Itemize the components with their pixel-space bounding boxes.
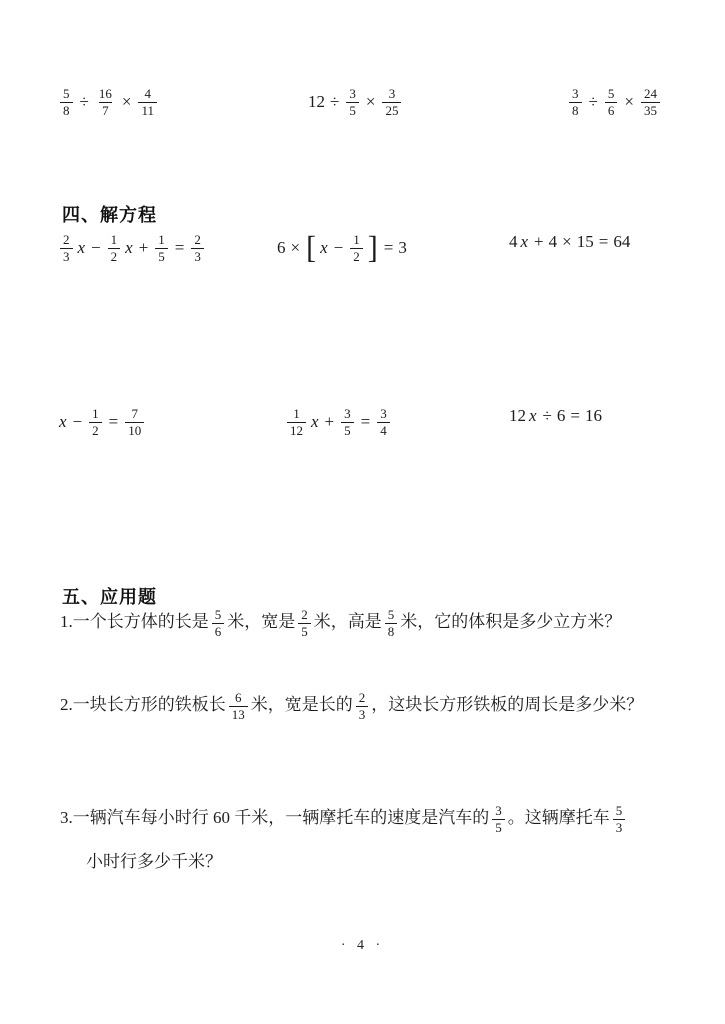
fraction-denominator: 4 <box>377 422 390 439</box>
fraction-denominator: 11 <box>138 102 157 119</box>
fraction: 56 <box>212 607 225 639</box>
fraction-denominator: 5 <box>341 422 354 439</box>
fraction: 23 <box>191 232 204 264</box>
word-problem-2: 2.一块长方形的铁板长613米，宽是长的23，这块长方形铁板的周长是多少米？ <box>60 683 716 727</box>
fraction-denominator: 2 <box>350 248 363 265</box>
operator: ÷ <box>589 92 598 112</box>
fraction: 58 <box>60 86 73 118</box>
number: 15 <box>577 232 594 252</box>
page-number: · 4 · <box>0 938 725 954</box>
number: 4 <box>549 232 558 252</box>
variable: x <box>320 238 328 258</box>
fraction-numerator: 24 <box>641 86 660 102</box>
fraction-numerator: 6 <box>232 690 245 706</box>
fraction-denominator: 3 <box>356 706 369 723</box>
fraction: 35 <box>346 86 359 118</box>
computation-expression-1: 58÷167×411 <box>57 86 160 118</box>
variable: x <box>59 412 67 432</box>
equation-1: 23x−12x+15=23 <box>57 232 207 264</box>
fraction-numerator: 3 <box>377 406 390 422</box>
operator: = <box>599 232 609 252</box>
number: 12 <box>509 406 526 426</box>
equation-3: 4x+4×15=64 <box>508 232 631 252</box>
problem-text: 1.一个长方体的长是 <box>60 612 209 631</box>
number: 6 <box>277 238 286 258</box>
number: 64 <box>613 232 630 252</box>
number: 4 <box>509 232 518 252</box>
fraction: 12 <box>350 232 363 264</box>
fraction-denominator: 2 <box>108 248 121 265</box>
operator: × <box>562 232 572 252</box>
fraction-denominator: 5 <box>492 819 505 836</box>
operator: ÷ <box>543 406 552 426</box>
number: 12 <box>308 92 325 112</box>
fraction-numerator: 5 <box>212 607 225 623</box>
fraction-numerator: 4 <box>141 86 154 102</box>
fraction-denominator: 5 <box>346 102 359 119</box>
operator: = <box>384 238 394 258</box>
problem-text: 米，宽是长的 <box>251 695 353 714</box>
fraction: 38 <box>569 86 582 118</box>
fraction-numerator: 2 <box>298 607 311 623</box>
fraction-denominator: 10 <box>125 422 144 439</box>
fraction: 15 <box>155 232 168 264</box>
operator: − <box>73 412 83 432</box>
fraction-numerator: 1 <box>108 232 121 248</box>
fraction-numerator: 7 <box>128 406 141 422</box>
operator: × <box>291 238 301 258</box>
fraction: 25 <box>298 607 311 639</box>
fraction-denominator: 12 <box>287 422 306 439</box>
fraction: 411 <box>138 86 157 118</box>
computation-expression-2: 12÷35×325 <box>307 86 404 118</box>
fraction-denominator: 2 <box>89 422 102 439</box>
fraction-numerator: 1 <box>155 232 168 248</box>
equation-5: 112x+35=34 <box>284 406 393 438</box>
fraction-denominator: 5 <box>155 248 168 265</box>
operator: = <box>109 412 119 432</box>
operator: × <box>122 92 132 112</box>
left-bracket: [ <box>306 232 316 264</box>
fraction: 325 <box>382 86 401 118</box>
fraction: 23 <box>356 690 369 722</box>
fraction-denominator: 3 <box>191 248 204 265</box>
word-problem-3: 3.一辆汽车每小时行 60 千米，一辆摩托车的速度是汽车的35。这辆摩托车53小… <box>60 796 716 884</box>
fraction-denominator: 13 <box>229 706 248 723</box>
fraction-numerator: 3 <box>346 86 359 102</box>
problem-text: 3.一辆汽车每小时行 60 千米，一辆摩托车的速度是汽车的 <box>60 808 489 827</box>
fraction-numerator: 3 <box>386 86 399 102</box>
fraction: 167 <box>96 86 115 118</box>
fraction-numerator: 5 <box>385 607 398 623</box>
fraction-numerator: 3 <box>569 86 582 102</box>
fraction: 23 <box>60 232 73 264</box>
operator: + <box>325 412 335 432</box>
fraction-numerator: 5 <box>60 86 73 102</box>
fraction: 35 <box>341 406 354 438</box>
operator: − <box>334 238 344 258</box>
fraction-numerator: 2 <box>356 690 369 706</box>
variable: x <box>311 412 319 432</box>
problem-text: 2.一块长方形的铁板长 <box>60 695 226 714</box>
fraction-denominator: 6 <box>212 623 225 640</box>
fraction-denominator: 8 <box>569 102 582 119</box>
problem-text: 米，高是 <box>314 612 382 631</box>
worksheet-page: 58÷167×411 12÷35×325 38÷56×2435 四、解方程 23… <box>0 0 725 1024</box>
operator: − <box>91 238 101 258</box>
variable: x <box>521 232 529 252</box>
fraction-numerator: 5 <box>613 803 626 819</box>
problem-text: 小时行多少千米？ <box>86 852 222 871</box>
operator: = <box>570 406 580 426</box>
fraction-denominator: 7 <box>99 102 112 119</box>
fraction: 53 <box>613 803 626 835</box>
fraction: 2435 <box>641 86 660 118</box>
fraction-denominator: 25 <box>382 102 401 119</box>
section-heading-solve-equations: 四、解方程 <box>62 201 157 227</box>
fraction: 112 <box>287 406 306 438</box>
equation-2: 6×[x−12]=3 <box>276 232 408 264</box>
number: 6 <box>557 406 566 426</box>
fraction: 12 <box>108 232 121 264</box>
fraction-denominator: 5 <box>298 623 311 640</box>
fraction-numerator: 2 <box>60 232 73 248</box>
fraction-numerator: 3 <box>341 406 354 422</box>
fraction-numerator: 16 <box>96 86 115 102</box>
fraction-numerator: 3 <box>492 803 505 819</box>
equation-4: x−12=710 <box>57 406 147 438</box>
fraction-denominator: 8 <box>60 102 73 119</box>
operator: ÷ <box>330 92 339 112</box>
right-bracket: ] <box>368 232 378 264</box>
operator: + <box>139 238 149 258</box>
variable: x <box>125 238 133 258</box>
problem-text: 米，宽是 <box>227 612 295 631</box>
number: 16 <box>585 406 602 426</box>
fraction-numerator: 2 <box>191 232 204 248</box>
fraction: 12 <box>89 406 102 438</box>
word-problem-1: 1.一个长方体的长是56米，宽是25米，高是58米，它的体积是多少立方米？ <box>60 600 716 644</box>
fraction: 34 <box>377 406 390 438</box>
fraction-denominator: 35 <box>641 102 660 119</box>
computation-expression-3: 38÷56×2435 <box>566 86 663 118</box>
variable: x <box>529 406 537 426</box>
operator: + <box>534 232 544 252</box>
problem-text: 。这辆摩托车 <box>508 808 610 827</box>
fraction-denominator: 3 <box>60 248 73 265</box>
operator: × <box>366 92 376 112</box>
fraction: 710 <box>125 406 144 438</box>
fraction: 58 <box>385 607 398 639</box>
fraction-denominator: 8 <box>385 623 398 640</box>
fraction-denominator: 3 <box>613 819 626 836</box>
variable: x <box>78 238 86 258</box>
equation-6: 12x÷6=16 <box>508 406 603 426</box>
operator: ÷ <box>80 92 89 112</box>
fraction-denominator: 6 <box>605 102 618 119</box>
fraction: 613 <box>229 690 248 722</box>
operator: × <box>624 92 634 112</box>
operator: = <box>175 238 185 258</box>
number: 3 <box>398 238 407 258</box>
fraction-numerator: 1 <box>350 232 363 248</box>
fraction-numerator: 1 <box>290 406 303 422</box>
fraction-numerator: 1 <box>89 406 102 422</box>
problem-text: 米，它的体积是多少立方米？ <box>400 612 621 631</box>
problem-text: ，这块长方形铁板的周长是多少米？ <box>371 695 643 714</box>
operator: = <box>361 412 371 432</box>
fraction-numerator: 5 <box>605 86 618 102</box>
fraction: 56 <box>605 86 618 118</box>
fraction: 35 <box>492 803 505 835</box>
